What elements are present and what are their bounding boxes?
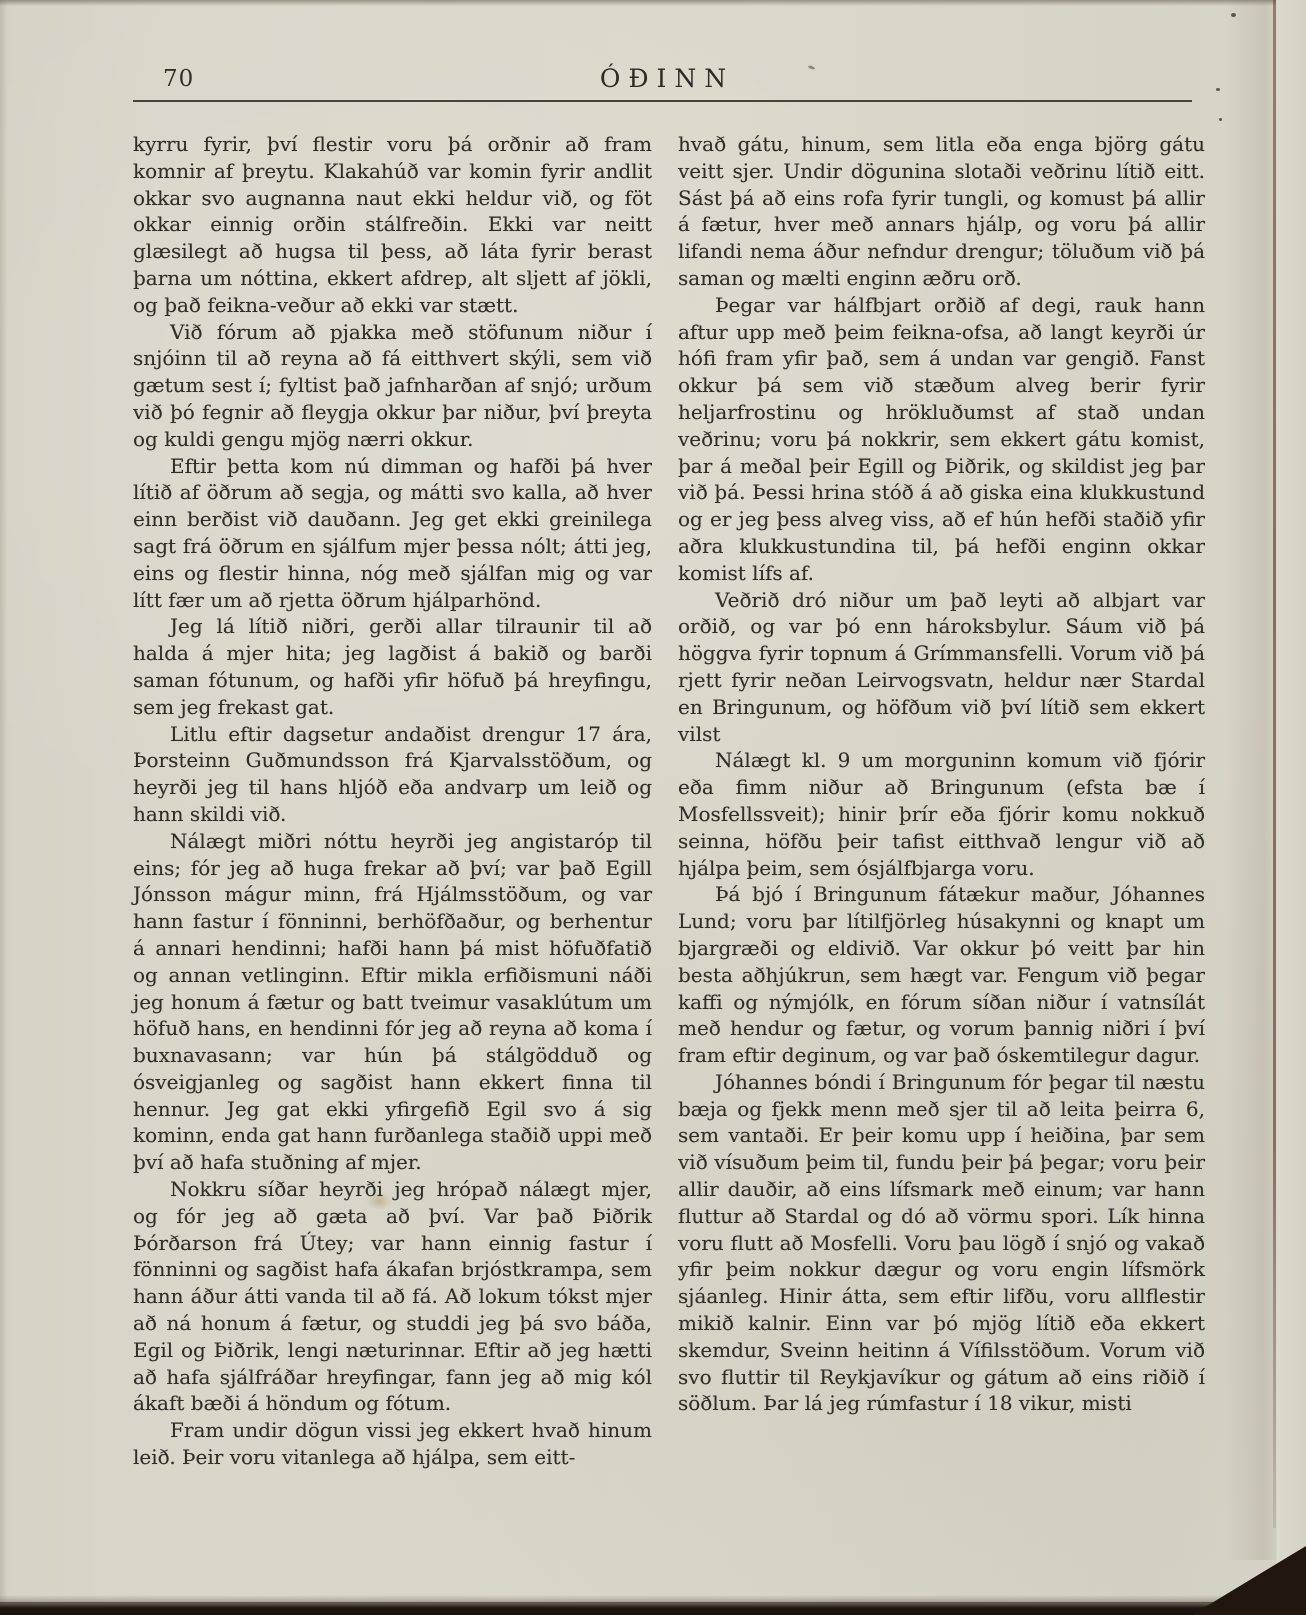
scanned-page: 70 ÓÐINN kyrru fyrir, því flestir voru þ…	[0, 0, 1306, 1615]
text-column-right: hvað gátu, hinum, sem litla eða enga bjö…	[678, 131, 1205, 1417]
next-page-sliver	[1276, 0, 1306, 1615]
paragraph: hvað gátu, hinum, sem litla eða enga bjö…	[678, 131, 1205, 292]
header-rule	[133, 100, 1192, 102]
paragraph: kyrru fyrir, því flestir voru þá orðnir …	[133, 131, 652, 319]
text-column-left: kyrru fyrir, því flestir voru þá orðnir …	[133, 131, 652, 1471]
paragraph: Nálægt miðri nóttu heyrði jeg angistaróp…	[133, 828, 652, 1176]
page-edge-line	[1273, 0, 1276, 1528]
paragraph: Nálægt kl. 9 um morguninn komum við fjór…	[678, 747, 1205, 881]
paragraph: Við fórum að pjakka með stöfunum niður í…	[133, 319, 652, 453]
page-fold-shade	[1225, 0, 1277, 1560]
journal-title: ÓÐINN	[133, 64, 1193, 93]
paragraph: Fram undir dögun vissi jeg ekkert hvað h…	[133, 1417, 652, 1471]
paragraph: Litlu eftir dagsetur andaðist drengur 17…	[133, 721, 652, 828]
paragraph: Eftir þetta kom nú dimman og hafði þá hv…	[133, 453, 652, 614]
scan-bottom-bar	[0, 1602, 1306, 1615]
ink-speck	[1219, 118, 1222, 121]
paragraph: Jóhannes bóndi í Bringunum fór þegar til…	[678, 1069, 1205, 1417]
paragraph: Veðrið dró niður um það leyti að albjart…	[678, 587, 1205, 748]
paragraph: Þegar var hálfbjart orðið af degi, rauk …	[678, 292, 1205, 587]
ink-speck	[1231, 13, 1236, 17]
paragraph: Þá bjó í Bringunum fátækur maður, Jóhann…	[678, 881, 1205, 1069]
paragraph: Jeg lá lítið niðri, gerði allar tilrauni…	[133, 613, 652, 720]
scan-left-edge	[0, 0, 8, 1615]
paper-stain	[366, 1192, 392, 1210]
paragraph: Nokkru síðar heyrði jeg hrópað nálægt mj…	[133, 1176, 652, 1417]
ink-speck	[1216, 88, 1220, 91]
scan-top-edge	[0, 0, 1306, 6]
